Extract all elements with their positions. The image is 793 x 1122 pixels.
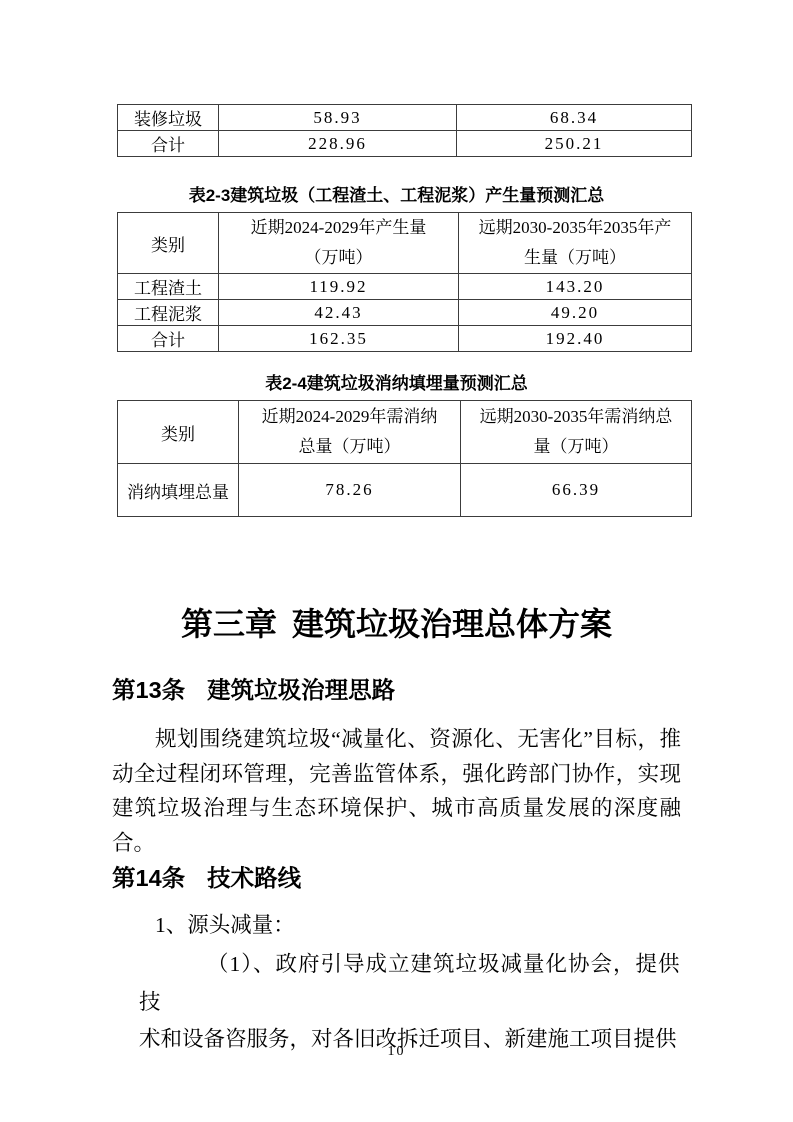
value-cell: 250.21 [457,131,692,157]
value-cell: 162.35 [219,326,459,352]
table-row: 消纳填埋总量 78.26 66.39 [118,464,692,517]
header-cell-far-term: 远期2030-2035年需消纳总 量（万吨） [461,401,692,464]
section-13-heading: 第13条建筑垃圾治理思路 [112,671,395,705]
table-row: 工程泥浆 42.43 49.20 [118,300,692,326]
value-cell: 119.92 [219,274,459,300]
section-13-number: 第13条 [112,677,185,703]
table-row: 合计 162.35 192.40 [118,326,692,352]
paragraph-line: （1）、政府引导成立建筑垃圾减量化协会，提供技 [139,946,684,1021]
chapter-heading: 第三章 建筑垃圾治理总体方案 [0,599,793,645]
table-row: 装修垃圾 58.93 68.34 [118,105,692,131]
table-header-row: 类别 近期2024-2029年需消纳 总量（万吨） 远期2030-2035年需消… [118,401,692,464]
document-page: 装修垃圾 58.93 68.34 合计 228.96 250.21 表2-3建筑… [0,0,793,1122]
row-label-cell: 合计 [118,326,219,352]
section-14-heading: 第14条技术路线 [112,859,301,893]
value-cell: 228.96 [219,131,457,157]
header-cell-category: 类别 [118,401,239,464]
list-item-1-1-paragraph: （1）、政府引导成立建筑垃圾减量化协会，提供技 术和设备咨服务，对各旧改拆迁项目… [139,946,684,1059]
header-line: 生量（万吨） [459,243,691,273]
value-cell: 68.34 [457,105,692,131]
table-2-3: 类别 近期2024-2029年产生量 （万吨） 远期2030-2035年2035… [117,212,692,352]
row-label-cell: 装修垃圾 [118,105,219,131]
header-line: 远期2030-2035年需消纳总 [461,402,691,432]
row-label-cell: 合计 [118,131,219,157]
value-cell: 78.26 [239,464,461,517]
value-cell: 192.40 [459,326,692,352]
table-header-row: 类别 近期2024-2029年产生量 （万吨） 远期2030-2035年2035… [118,213,692,274]
row-label-cell: 工程渣土 [118,274,219,300]
section-14-title: 技术路线 [207,865,301,891]
header-line: 远期2030-2035年2035年产 [459,213,691,243]
header-line: （万吨） [219,243,458,273]
table-2-3-caption: 表2-3建筑垃圾（工程渣土、工程泥浆）产生量预测汇总 [0,181,793,206]
table-row: 合计 228.96 250.21 [118,131,692,157]
value-cell: 49.20 [459,300,692,326]
table-2-4: 类别 近期2024-2029年需消纳 总量（万吨） 远期2030-2035年需消… [117,400,692,517]
header-cell-near-term: 近期2024-2029年产生量 （万吨） [219,213,459,274]
header-cell-near-term: 近期2024-2029年需消纳 总量（万吨） [239,401,461,464]
value-cell: 58.93 [219,105,457,131]
row-label-cell: 消纳填埋总量 [118,464,239,517]
value-cell: 42.43 [219,300,459,326]
section-14-number: 第14条 [112,865,185,891]
section-13-title: 建筑垃圾治理思路 [207,677,395,703]
list-item-source-reduction: 1、源头减量： [112,913,295,938]
value-cell: 66.39 [461,464,692,517]
row-label-cell: 工程泥浆 [118,300,219,326]
table-row: 工程渣土 119.92 143.20 [118,274,692,300]
header-line: 近期2024-2029年需消纳 [239,402,460,432]
section-13-paragraph: 规划围绕建筑垃圾“减量化、资源化、无害化”目标，推动全过程闭环管理，完善监管体系… [112,722,681,860]
header-cell-far-term: 远期2030-2035年2035年产 生量（万吨） [459,213,692,274]
header-cell-category: 类别 [118,213,219,274]
header-line: 总量（万吨） [239,432,460,462]
header-line: 近期2024-2029年产生量 [219,213,458,243]
page-number: 10 [0,1044,793,1060]
value-cell: 143.20 [459,274,692,300]
header-line: 量（万吨） [461,432,691,462]
continuation-table: 装修垃圾 58.93 68.34 合计 228.96 250.21 [117,104,692,157]
table-2-4-caption: 表2-4建筑垃圾消纳填埋量预测汇总 [0,369,793,394]
